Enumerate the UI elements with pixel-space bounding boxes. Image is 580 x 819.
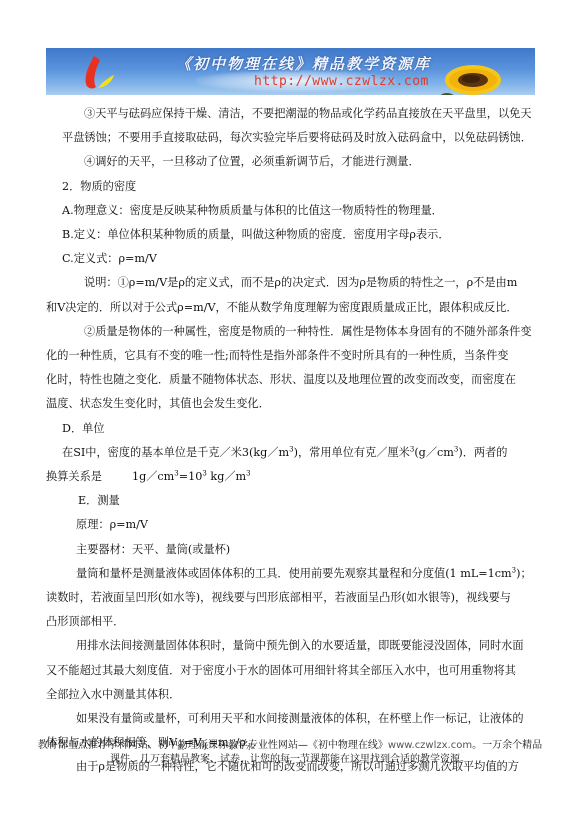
text: 在SI中，密度的基本单位是千克／米3(kg／m: [62, 446, 289, 459]
section-heading: E．测量: [62, 489, 522, 513]
paragraph: 又不能超过其最大刻度值．对于密度小于水的固体可用细针将其全部压入水中，也可用重物…: [46, 659, 522, 683]
document-body: ③天平与砝码应保持干燥、清洁，不要把潮湿的物品或化学药品直接放在天平盘里，以免天…: [62, 102, 522, 780]
paragraph: 和V决定的．所以对于公式ρ=m/V，不能从数学角度理解为密度跟质量成正比，跟体积…: [46, 296, 522, 320]
section-heading: D．单位: [62, 417, 522, 441]
text: 1g／cm: [132, 470, 174, 483]
paragraph: 平盘锈蚀；不要用手直接取砝码，每次实验完毕后要将砝码及时放入砝码盒中，以免砝码锈…: [62, 126, 522, 150]
text: )，常用单位有克／厘米: [294, 446, 410, 459]
paragraph: 化的一种性质，它具有不变的唯一性;而特性是指外部条件不变时所具有的一种性质，当条…: [46, 344, 522, 368]
paragraph: 量筒和量杯是测量液体或固体体积的工具．使用前要先观察其量程和分度值(1 mL=1…: [62, 562, 522, 586]
text: kg／m: [207, 470, 246, 483]
paragraph: A.物理意义：密度是反映某种物质质量与体积的比值这一物质特性的物理量．: [62, 199, 522, 223]
text: =10: [179, 470, 203, 483]
banner-title: 《初中物理在线》精品教学资源库: [176, 53, 431, 74]
paragraph: 化时，特性也随之变化．质量不随物体状态、形状、温度以及地理位置的改变而改变，而密…: [46, 368, 522, 392]
footer-line-1: 教育部重点推荐学科网站、初中物理新课标教学专业性网站—《初中物理在线》www.c…: [30, 739, 550, 753]
paragraph: 在SI中，密度的基本单位是千克／米3(kg／m3)，常用单位有克／厘米3(g／c…: [62, 441, 522, 465]
paragraph: 如果没有量筒或量杯，可利用天平和水间接测量液体的体积，在杯壁上作一标记，让液体的: [62, 707, 522, 731]
paragraph: ③天平与砝码应保持干燥、清洁，不要把潮湿的物品或化学药品直接放在天平盘里，以免天: [62, 102, 522, 126]
paragraph: 原理：ρ=m/V: [62, 513, 522, 537]
paragraph: 全部拉入水中测量其体积．: [46, 683, 522, 707]
paragraph: 说明：①ρ=m/V是ρ的定义式，而不是ρ的决定式．因为ρ是物质的特性之一，ρ不是…: [62, 271, 522, 295]
paragraph: ④调好的天平，一旦移动了位置，必须重新调节后，才能进行测量．: [62, 150, 522, 174]
page-footer: 教育部重点推荐学科网站、初中物理新课标教学专业性网站—《初中物理在线》www.c…: [30, 739, 550, 767]
paragraph: 温度、状态发生变化时，其值也会发生变化．: [46, 392, 522, 416]
text: )．两者的: [458, 446, 507, 459]
section-heading: 2．物质的密度: [62, 175, 522, 199]
footer-text: 。一万余个精品: [472, 740, 542, 751]
footer-text: 教育部重点推荐学科网站、初中物理新课标教学专业性网站—《初中物理在线》: [38, 740, 388, 751]
footer-url-link[interactable]: www.czwlzx.com: [388, 740, 472, 751]
conversion-formula: 换算关系是1g／cm3=103 kg／m3: [46, 465, 522, 489]
text: (g／cm: [414, 446, 454, 459]
paragraph: ②质量是物体的一种属性，密度是物质的一种特性．属性是物体本身固有的不随外部条件变: [62, 320, 522, 344]
text: )；: [516, 567, 532, 580]
sunflower-icon: [441, 62, 503, 95]
text: 量筒和量杯是测量液体或固体体积的工具．使用前要先观察其量程和分度值(1 mL=1…: [76, 567, 512, 580]
paragraph: 读数时，若液面呈凹形(如水等)，视线要与凹形底部相平，若液面呈凸形(如水银等)，…: [46, 586, 522, 610]
banner-url[interactable]: http://www.czwlzx.com: [254, 74, 429, 89]
header-banner: 《初中物理在线》精品教学资源库 http://www.czwlzx.com: [46, 48, 535, 95]
paragraph: C.定义式：ρ=m/V: [62, 247, 522, 271]
superscript: 3: [246, 469, 250, 477]
paragraph: B.定义：单位体积某种物质的质量，叫做这种物质的密度．密度用字母ρ表示．: [62, 223, 522, 247]
site-logo-icon: [76, 54, 126, 92]
paragraph: 主要器材：天平、量筒(或量杯): [62, 538, 522, 562]
paragraph: 凸形顶部相平．: [46, 610, 522, 634]
footer-line-2: 课件、几万套精品教案、试卷，让您的每一节课都能在这里找到合适的教学资源。: [30, 753, 550, 767]
paragraph: 用排水法间接测量固体体积时，量筒中预先倒入的水要适量，即既要能浸没固体，同时水面: [62, 634, 522, 658]
text: 换算关系是: [46, 470, 102, 483]
